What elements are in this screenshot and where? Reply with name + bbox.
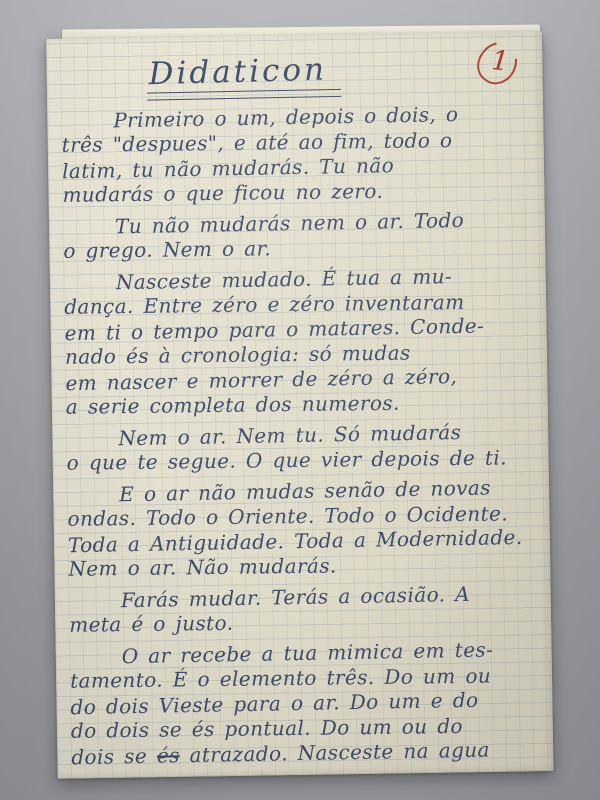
line-segment: atrazado. Nasceste na agua <box>180 738 491 768</box>
paragraph: O ar recebe a tua mimica em tes-tamento.… <box>70 637 544 769</box>
manuscript-line: mudarás o que ficou no zero. <box>62 177 534 208</box>
photo-background: 1 Didaticon Primeiro o um, depois o dois… <box>0 0 600 800</box>
struck-word: és <box>157 743 180 767</box>
manuscript-body: Primeiro o um, depois o dois, otrês "des… <box>47 95 553 770</box>
page-number-digit: 1 <box>490 45 510 77</box>
line-segment: dois se <box>71 744 157 770</box>
paragraph: Farás mudar. Terás a ocasião. Ameta é o … <box>69 581 542 638</box>
manuscript-line: a serie completa dos numeros. <box>66 389 538 420</box>
manuscript-page: 1 Didaticon Primeiro o um, depois o dois… <box>46 31 554 779</box>
page-number: 1 <box>476 39 521 88</box>
paragraph: Tu não mudarás nem o ar. Todoo grego. Ne… <box>63 207 536 264</box>
paragraph: Primeiro o um, depois o dois, otrês "des… <box>61 101 535 208</box>
paragraph: Nem o ar. Nem tu. Só mudaráso que te seg… <box>66 419 539 476</box>
manuscript-line: o que te segue. O que vier depois de ti. <box>67 445 539 476</box>
paragraph: E o ar não mudas senão de novasondas. To… <box>67 475 541 582</box>
manuscript-title: Didaticon <box>148 52 327 93</box>
manuscript-line: Nem o ar. Não mudarás. <box>68 551 540 582</box>
manuscript-line: meta é o justo. <box>69 607 541 638</box>
manuscript-line: o grego. Nem o ar. <box>63 233 535 264</box>
paragraph: Nasceste mudado. É tua a mu-dança. Entre… <box>64 263 538 420</box>
